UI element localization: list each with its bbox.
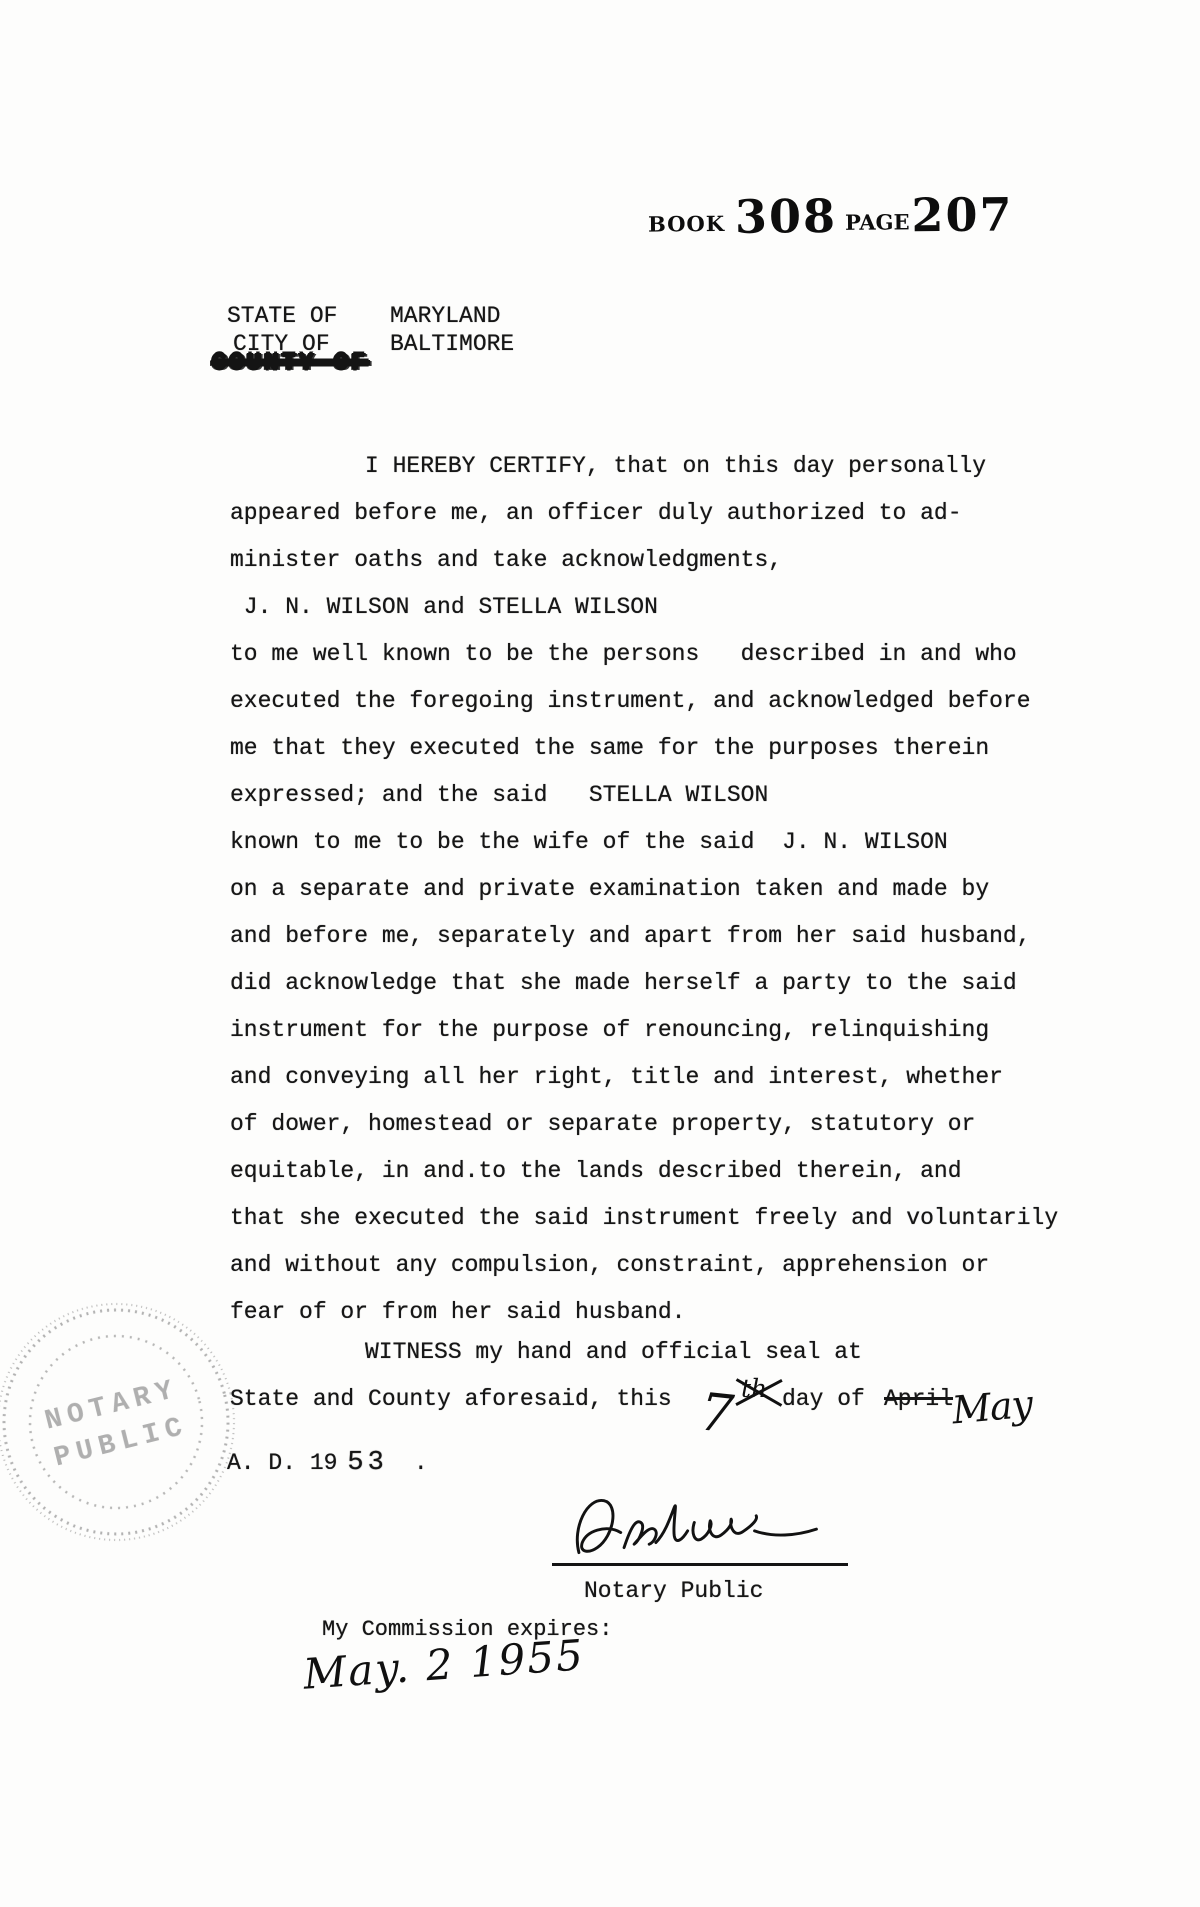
year-line-period: . [414, 1440, 428, 1487]
certificate-line: appeared before me, an officer duly auth… [230, 490, 1058, 537]
certificate-line: and before me, separately and apart from… [230, 913, 1058, 960]
book-number: 308 [735, 198, 837, 237]
certificate-line: to me well known to be the persons descr… [230, 631, 1058, 678]
page-label: PAGE [845, 211, 910, 233]
certificate-line: on a separate and private examination ta… [230, 866, 1058, 913]
crossed-out-ordinal: th [741, 1376, 787, 1410]
certificate-line: that she executed the said instrument fr… [230, 1195, 1058, 1242]
seal-outer-ring [0, 1279, 259, 1565]
scanned-notary-document: BOOK 308 PAGE 207 STATE OF MARYLAND CITY… [0, 0, 1200, 1907]
seal-inner-ring [12, 1318, 221, 1527]
certificate-opening-line: I HEREBY CERTIFY, that on this day perso… [230, 443, 1058, 490]
certificate-line-grantor-names: J. N. WILSON and STELLA WILSON [230, 584, 1058, 631]
state-of-label: STATE OF [227, 303, 337, 329]
certificate-line: executed the foregoing instrument, and a… [230, 678, 1058, 725]
handwritten-year: 53 [347, 1448, 387, 1478]
notary-seal-stamp: NOTARY PUBLIC [0, 1269, 269, 1574]
date-line-middle: day of [782, 1376, 865, 1423]
page-number: 207 [911, 196, 1013, 235]
certificate-line: minister oaths and take acknowledgments, [230, 537, 1058, 584]
certificate-line: me that they executed the same for the p… [230, 725, 1058, 772]
certificate-line-wife-name: expressed; and the said STELLA WILSON [230, 772, 1058, 819]
struck-county-of-label: COUNTY OF [212, 350, 369, 377]
certificate-line: equitable, in and.to the lands described… [230, 1148, 1058, 1195]
book-page-stamp: BOOK 308 PAGE 207 [648, 196, 1014, 237]
date-line-prefix: State and County aforesaid, this [230, 1376, 672, 1423]
certificate-line: did acknowledge that she made herself a … [230, 960, 1058, 1007]
handwritten-day-number: 7 [697, 1386, 735, 1441]
book-label: BOOK [648, 213, 725, 235]
certificate-line: of dower, homestead or separate property… [230, 1101, 1058, 1148]
city-value: BALTIMORE [390, 331, 514, 357]
certificate-line: instrument for the purpose of renouncing… [230, 1007, 1058, 1054]
certificate-line: and conveying all her right, title and i… [230, 1054, 1058, 1101]
struck-month-april: April [884, 1376, 953, 1423]
state-value: MARYLAND [390, 303, 500, 329]
signature-strokes [577, 1500, 816, 1552]
signature-line [552, 1563, 848, 1566]
certificate-line: and without any compulsion, constraint, … [230, 1242, 1058, 1289]
witness-line: WITNESS my hand and official seal at [365, 1329, 862, 1376]
ordinal-text: th [741, 1374, 767, 1403]
certificate-body: I HEREBY CERTIFY, that on this day perso… [230, 443, 1058, 1336]
certificate-line-husband-name: known to me to be the wife of the said J… [230, 819, 1058, 866]
seal-middle-ring [0, 1286, 252, 1558]
notary-title: Notary Public [584, 1568, 763, 1615]
handwritten-month-may: May [950, 1385, 1033, 1430]
